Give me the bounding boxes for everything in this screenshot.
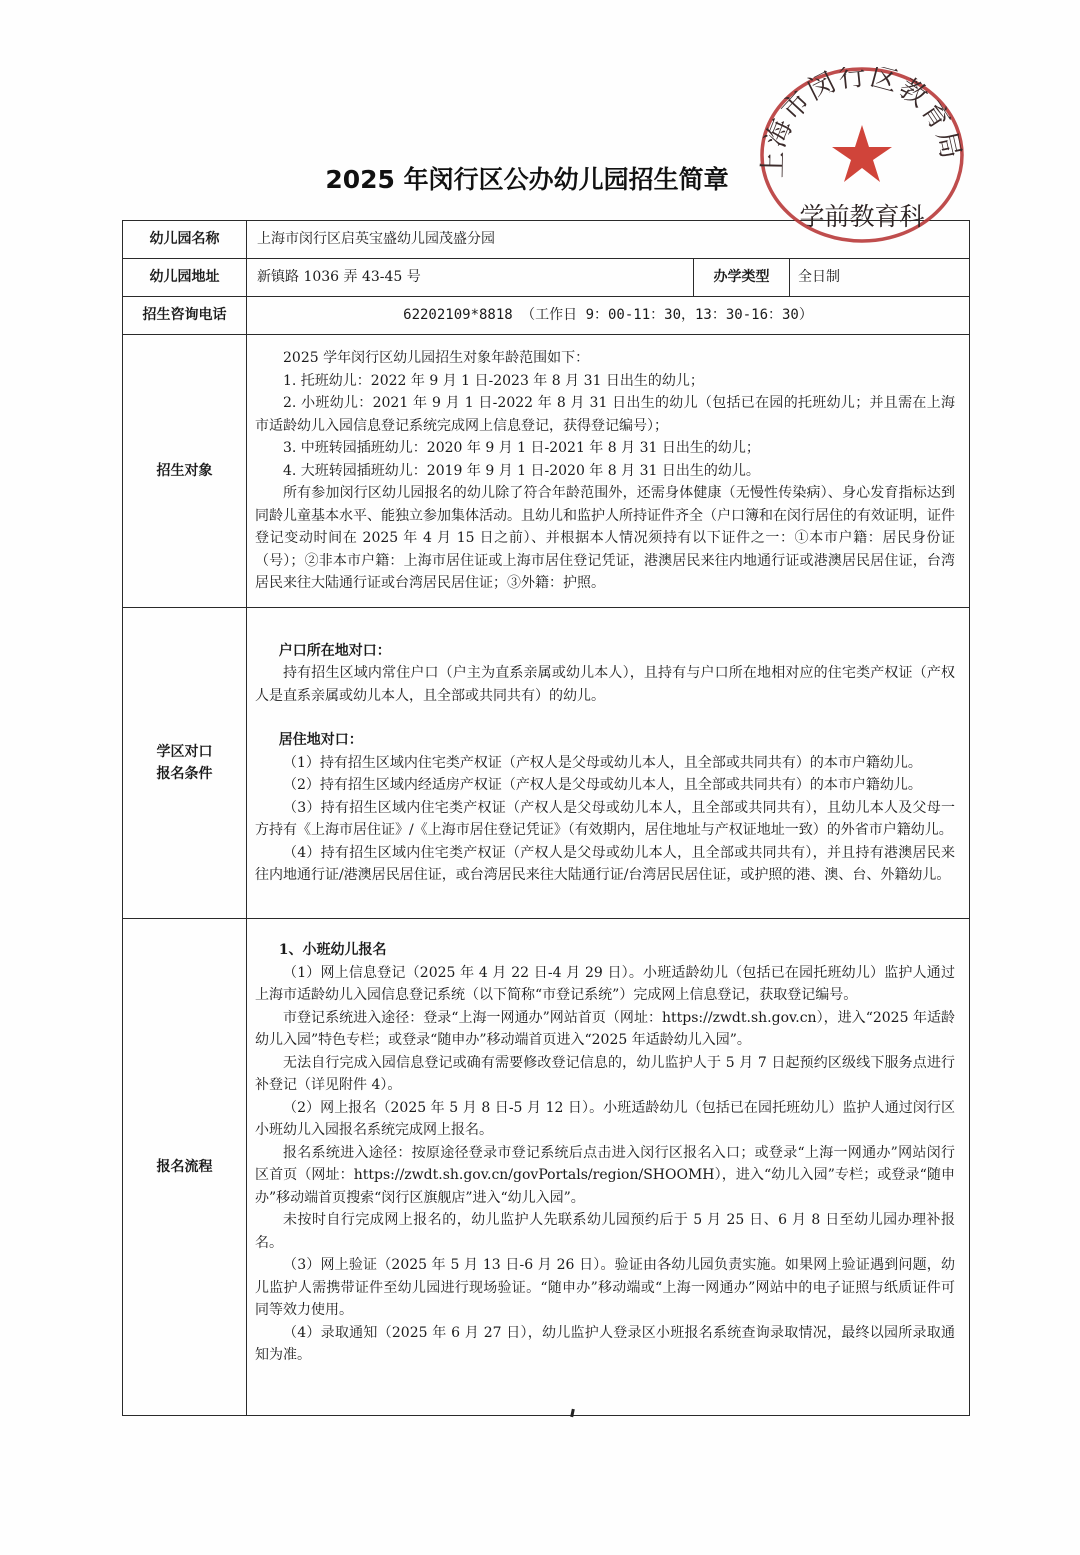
paragraph: 未按时自行完成网上报名的，幼儿监护人先联系幼儿园预约后于 5 月 25 日、6 … — [255, 1209, 955, 1254]
registration-process-content: 1、小班幼儿报名 （1）网上信息登记（2025 年 4 月 22 日-4 月 2… — [247, 919, 970, 1416]
phone-label: 招生咨询电话 — [123, 297, 247, 335]
kindergarten-address-value: 新镇路 1036 弄 43-45 号 — [247, 259, 694, 297]
paragraph: 4. 大班转园插班幼儿：2019 年 9 月 1 日-2020 年 8 月 31… — [255, 460, 955, 483]
row-kindergarten-name: 幼儿园名称 上海市闵行区启英宝盛幼儿园茂盛分园 — [123, 221, 970, 259]
paragraph: 无法自行完成入园信息登记或确有需要修改登记信息的，幼儿监护人于 5 月 7 日起… — [255, 1052, 955, 1097]
paragraph: 所有参加闵行区幼儿园报名的幼儿除了符合年龄范围外，还需身体健康（无慢性传染病）、… — [255, 482, 955, 595]
paragraph: 报名系统进入途径：按原途径登录市登记系统后点击进入闵行区报名入口；或登录“上海一… — [255, 1142, 955, 1210]
kindergarten-address-label: 幼儿园地址 — [123, 259, 247, 297]
paragraph: （2）网上报名（2025 年 5 月 8 日-5 月 12 日）。小班适龄幼儿（… — [255, 1097, 955, 1142]
residence-item: （3）持有招生区域内住宅类产权证（产权人是父母或幼儿本人，且全部或共同共有），且… — [255, 797, 955, 842]
residence-item: （2）持有招生区域内经适房产权证（产权人是父母或幼儿本人，且全部或共同共有）的本… — [255, 774, 955, 797]
residence-item: （1）持有招生区域内住宅类产权证（产权人是父母或幼儿本人，且全部或共同共有）的本… — [255, 752, 955, 775]
row-phone: 招生咨询电话 62202109*8818 （工作日 9：00-11：30，13：… — [123, 297, 970, 335]
label-line: 报名条件 — [124, 763, 245, 786]
row-registration-process: 报名流程 1、小班幼儿报名 （1）网上信息登记（2025 年 4 月 22 日-… — [123, 919, 970, 1416]
label-line: 学区对口 — [124, 741, 245, 764]
phone-value: 62202109*8818 （工作日 9：00-11：30，13：30-16：3… — [247, 297, 970, 335]
paragraph: 1. 托班幼儿：2022 年 9 月 1 日-2023 年 8 月 31 日出生… — [255, 370, 955, 393]
district-conditions-content: 户口所在地对口： 持有招生区域内常住户口（户主为直系亲属或幼儿本人），且持有与户… — [247, 608, 970, 919]
row-kindergarten-address: 幼儿园地址 新镇路 1036 弄 43-45 号 办学类型 全日制 — [123, 259, 970, 297]
residence-item: （4）持有招生区域内住宅类产权证（产权人是父母或幼儿本人，且全部或共同共有），并… — [255, 842, 955, 887]
enrollment-target-content: 2025 学年闵行区幼儿园招生对象年龄范围如下： 1. 托班幼儿：2022 年 … — [247, 335, 970, 608]
school-type-label: 办学类型 — [693, 259, 789, 297]
school-type-value: 全日制 — [789, 259, 969, 297]
row-district-conditions: 学区对口 报名条件 户口所在地对口： 持有招生区域内常住户口（户主为直系亲属或幼… — [123, 608, 970, 919]
enrollment-info-table: 幼儿园名称 上海市闵行区启英宝盛幼儿园茂盛分园 幼儿园地址 新镇路 1036 弄… — [122, 220, 970, 1416]
enrollment-target-label: 招生对象 — [123, 335, 247, 608]
official-seal-icon: 上海市闵行区教育局 学前教育科 — [757, 67, 967, 245]
row-enrollment-target: 招生对象 2025 学年闵行区幼儿园招生对象年龄范围如下： 1. 托班幼儿：20… — [123, 335, 970, 608]
paragraph: （4）录取通知（2025 年 6 月 27 日），幼儿监护人登录区小班报名系统查… — [255, 1322, 955, 1367]
district-conditions-label: 学区对口 报名条件 — [123, 608, 247, 919]
kindergarten-name-value: 上海市闵行区启英宝盛幼儿园茂盛分园 — [247, 221, 970, 259]
registration-heading: 1、小班幼儿报名 — [255, 939, 955, 962]
paragraph: （1）网上信息登记（2025 年 4 月 22 日-4 月 29 日）。小班适龄… — [255, 962, 955, 1007]
hukou-text: 持有招生区域内常住户口（户主为直系亲属或幼儿本人），且持有与户口所在地相对应的住… — [255, 662, 955, 707]
kindergarten-name-label: 幼儿园名称 — [123, 221, 247, 259]
paragraph: 3. 中班转园插班幼儿：2020 年 9 月 1 日-2021 年 8 月 31… — [255, 437, 955, 460]
hukou-heading: 户口所在地对口： — [255, 640, 955, 663]
paragraph: 2. 小班幼儿：2021 年 9 月 1 日-2022 年 8 月 31 日出生… — [255, 392, 955, 437]
paragraph: 市登记系统进入途径：登录“上海一网通办”网站首页（网址：https://zwdt… — [255, 1007, 955, 1052]
paragraph: （3）网上验证（2025 年 5 月 13 日-6 月 26 日）。验证由各幼儿… — [255, 1254, 955, 1322]
residence-heading: 居住地对口： — [255, 729, 955, 752]
paragraph: 2025 学年闵行区幼儿园招生对象年龄范围如下： — [255, 347, 955, 370]
document-title: 2025 年闵行区公办幼儿园招生简章 — [0, 160, 1080, 196]
registration-process-label: 报名流程 — [123, 919, 247, 1416]
